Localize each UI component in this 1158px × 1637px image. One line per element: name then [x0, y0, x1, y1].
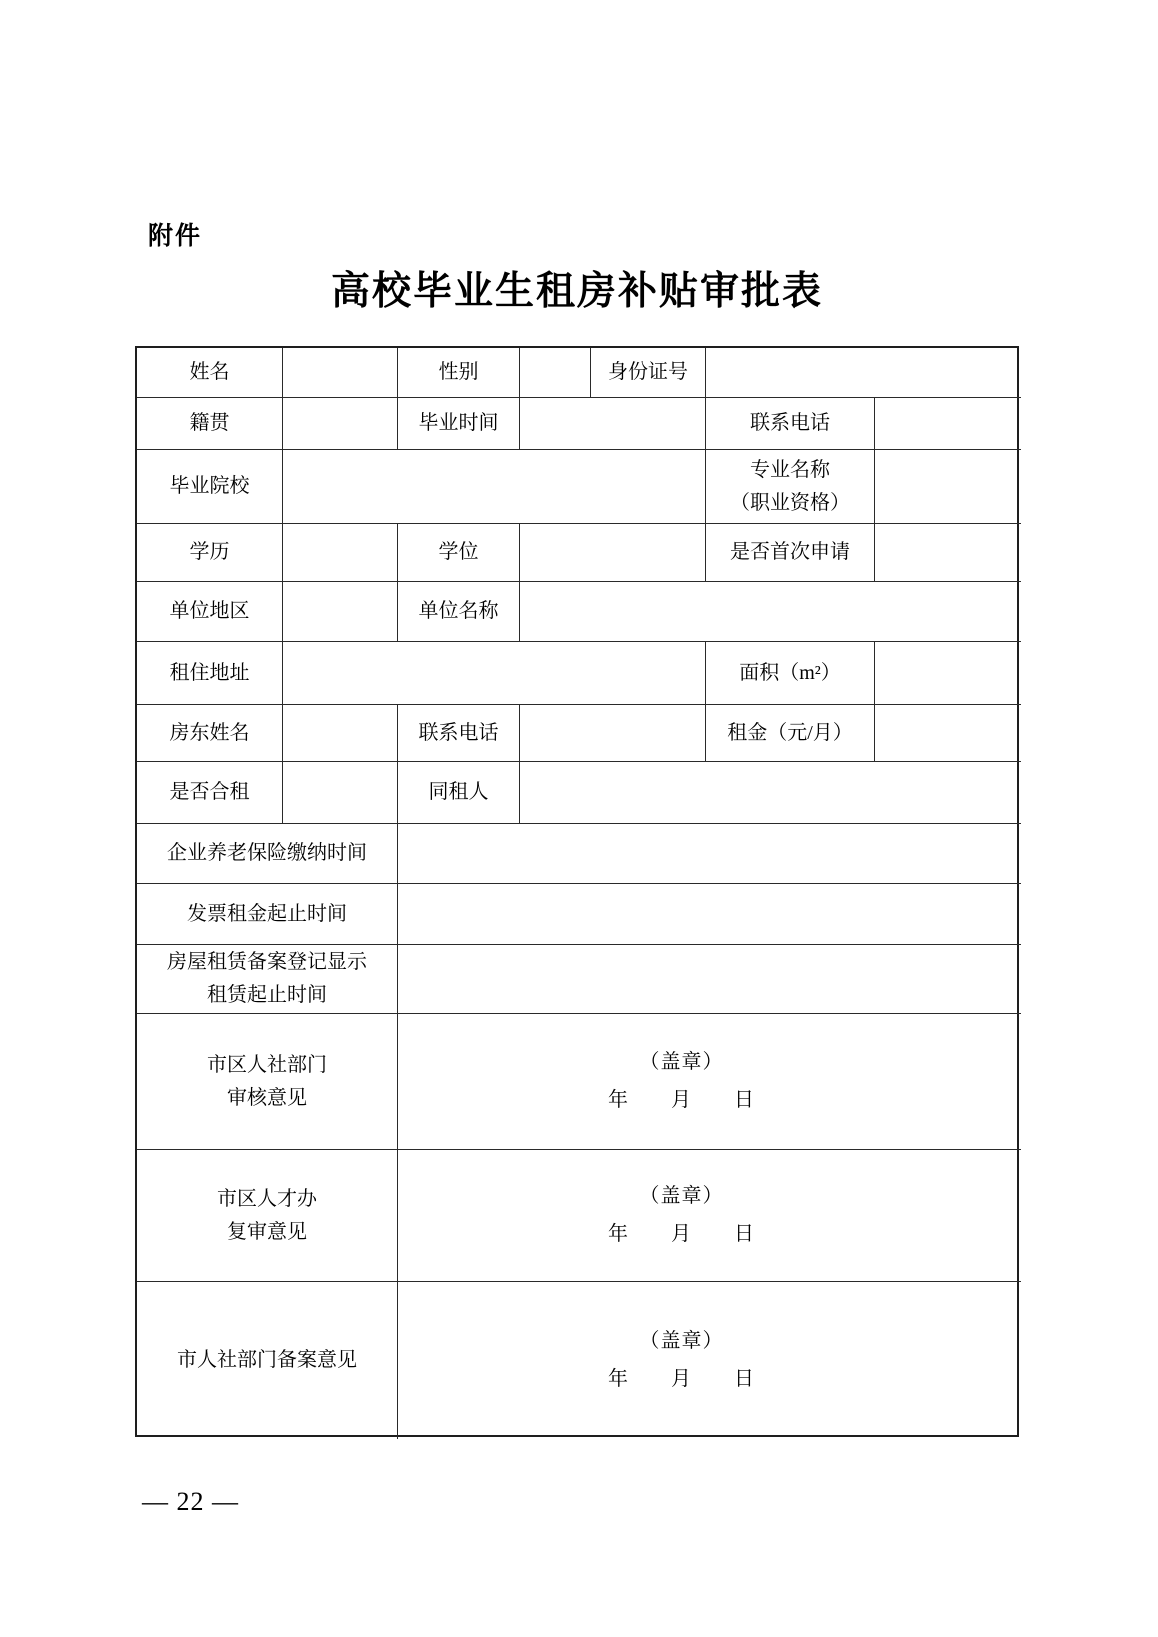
- employer-region-input[interactable]: [283, 582, 398, 642]
- rental-address-label: 租住地址: [137, 642, 283, 705]
- degree-label: 学位: [398, 524, 520, 582]
- graduate-school-label: 毕业院校: [137, 450, 283, 524]
- district-talent-review-sign-area: （盖章） 年 月 日: [398, 1150, 1021, 1282]
- page-number: — 22 —: [142, 1487, 239, 1517]
- date-line: 年 月 日: [608, 1084, 755, 1117]
- gender-input[interactable]: [520, 348, 591, 398]
- lease-registration-label-line1: 房屋租赁备案登记显示: [167, 946, 367, 979]
- shared-rental-label: 是否合租: [137, 762, 283, 824]
- native-place-input[interactable]: [283, 398, 398, 450]
- landlord-name-label: 房东姓名: [137, 705, 283, 762]
- graduation-time-input[interactable]: [520, 398, 706, 450]
- rent-label: 租金（元/月）: [706, 705, 875, 762]
- page-title: 高校毕业生租房补贴审批表: [135, 260, 1019, 316]
- id-number-label: 身份证号: [591, 348, 706, 398]
- area-input[interactable]: [875, 642, 1021, 705]
- approval-form-table: 姓名 性别 身份证号 籍贯 毕业时间 联系电话 毕业院校 专业名称 （职业资格）…: [135, 346, 1019, 1437]
- lease-registration-input[interactable]: [398, 945, 1021, 1014]
- contact-phone-input[interactable]: [875, 398, 1021, 450]
- first-application-label: 是否首次申请: [706, 524, 875, 582]
- contact-phone-label: 联系电话: [706, 398, 875, 450]
- pension-period-input[interactable]: [398, 824, 1021, 884]
- rental-address-input[interactable]: [283, 642, 706, 705]
- first-application-input[interactable]: [875, 524, 1021, 582]
- district-talent-review-label: 市区人才办 复审意见: [137, 1150, 398, 1282]
- district-hr-review-label-line1: 市区人社部门: [207, 1049, 327, 1082]
- district-hr-review-label-line2: 审核意见: [227, 1082, 307, 1115]
- date-line: 年 月 日: [608, 1218, 755, 1251]
- major-name-label: 专业名称 （职业资格）: [706, 450, 875, 524]
- major-name-input[interactable]: [875, 450, 1021, 524]
- major-name-label-line2: （职业资格）: [730, 487, 850, 520]
- gender-label: 性别: [398, 348, 520, 398]
- rent-input[interactable]: [875, 705, 1021, 762]
- co-tenant-label: 同租人: [398, 762, 520, 824]
- district-talent-review-label-line2: 复审意见: [227, 1216, 307, 1249]
- employer-name-input[interactable]: [520, 582, 1021, 642]
- lease-registration-label: 房屋租赁备案登记显示 租赁起止时间: [137, 945, 398, 1014]
- seal-label: （盖章）: [640, 1180, 724, 1213]
- invoice-rent-period-label: 发票租金起止时间: [137, 884, 398, 945]
- landlord-name-input[interactable]: [283, 705, 398, 762]
- native-place-label: 籍贯: [137, 398, 283, 450]
- district-hr-review-sign-area: （盖章） 年 月 日: [398, 1014, 1021, 1150]
- invoice-rent-period-input[interactable]: [398, 884, 1021, 945]
- graduate-school-input[interactable]: [283, 450, 706, 524]
- lease-registration-label-line2: 租赁起止时间: [207, 979, 327, 1012]
- name-input[interactable]: [283, 348, 398, 398]
- education-label: 学历: [137, 524, 283, 582]
- landlord-phone-label: 联系电话: [398, 705, 520, 762]
- degree-input[interactable]: [520, 524, 706, 582]
- seal-label: （盖章）: [640, 1046, 724, 1079]
- landlord-phone-input[interactable]: [520, 705, 706, 762]
- education-input[interactable]: [283, 524, 398, 582]
- date-line: 年 月 日: [608, 1363, 755, 1396]
- graduation-time-label: 毕业时间: [398, 398, 520, 450]
- id-number-input[interactable]: [706, 348, 1021, 398]
- shared-rental-input[interactable]: [283, 762, 398, 824]
- seal-label: （盖章）: [640, 1325, 724, 1358]
- employer-region-label: 单位地区: [137, 582, 283, 642]
- name-label: 姓名: [137, 348, 283, 398]
- major-name-label-line1: 专业名称: [750, 454, 830, 487]
- area-label: 面积（m²）: [706, 642, 875, 705]
- co-tenant-input[interactable]: [520, 762, 1021, 824]
- district-talent-review-label-line1: 市区人才办: [217, 1183, 317, 1216]
- city-hr-record-sign-area: （盖章） 年 月 日: [398, 1282, 1021, 1439]
- pension-period-label: 企业养老保险缴纳时间: [137, 824, 398, 884]
- employer-name-label: 单位名称: [398, 582, 520, 642]
- district-hr-review-label: 市区人社部门 审核意见: [137, 1014, 398, 1150]
- attachment-label: 附件: [148, 216, 202, 252]
- city-hr-record-label: 市人社部门备案意见: [137, 1282, 398, 1439]
